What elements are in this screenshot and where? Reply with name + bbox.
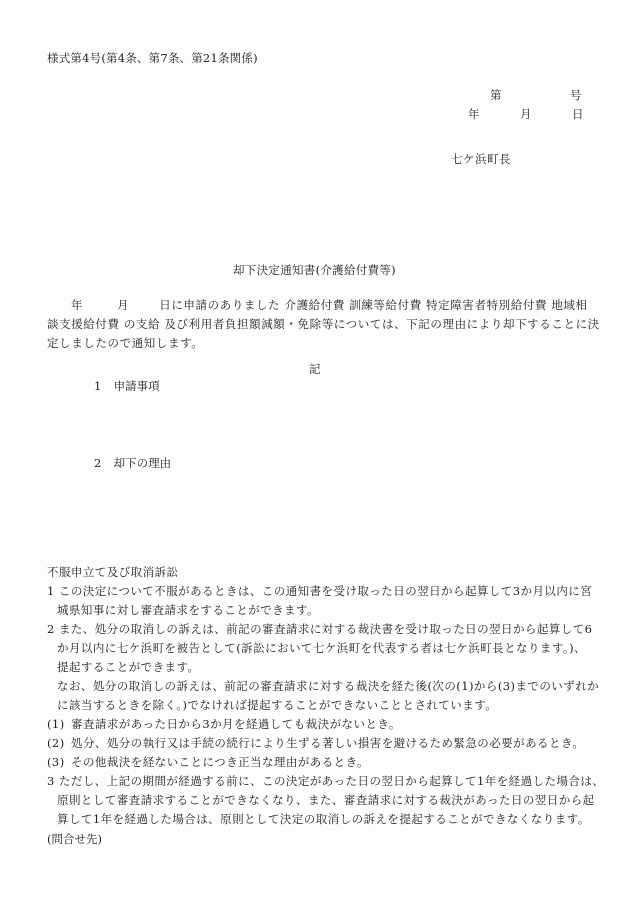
appeal-sub-item: (3)その他裁決を経ないことにつき正当な理由があるとき。 bbox=[47, 753, 607, 772]
appeal-notice: 不服申立て及び取消訴訟 1 この決定について不服があるときは、この通知書を受け取… bbox=[47, 563, 607, 829]
section-application-items: 1 申請事項 bbox=[94, 378, 160, 394]
appeal-line: 城県知事に対し審査請求をすることができます。 bbox=[47, 601, 607, 620]
appeal-line: に該当するときを除く。)でなければ提起することができないこととされています。 bbox=[47, 696, 607, 715]
appeal-line: 1 この決定について不服があるときは、この通知書を受け取った日の翌日から起算して… bbox=[47, 582, 607, 601]
body-month: 月 bbox=[117, 298, 129, 312]
appeal-sub-item: (1)審査請求があった日から3か月を経過しても裁決がないとき。 bbox=[47, 715, 607, 734]
appeal-line: 提起することができます。 bbox=[47, 658, 607, 677]
section-number: 1 bbox=[94, 379, 110, 393]
document-title: 却下決定通知書(介護給付費等) bbox=[233, 262, 396, 278]
section-label: 却下の理由 bbox=[114, 456, 172, 470]
body-year: 年 bbox=[71, 298, 83, 312]
sub-item-text: その他裁決を経ないことにつき正当な理由があるとき。 bbox=[71, 755, 369, 769]
body-line-1: 年月日に申請のありました 介護給付費 訓練等給付費 特定障害者特別給付費 地域相 bbox=[47, 296, 587, 315]
form-number: 様式第4号(第4条、第7条、第21条関係) bbox=[47, 50, 258, 66]
appeal-line: なお、処分の取消しの訴えは、前記の審査請求に対する裁決を経た後(次の(1)から(… bbox=[47, 677, 607, 696]
issuer: 七ケ浜町長 bbox=[451, 151, 511, 167]
section-label: 申請事項 bbox=[114, 379, 160, 393]
date-year: 年 bbox=[468, 106, 480, 122]
reference-dai: 第 bbox=[490, 87, 502, 103]
sub-item-marker: (3) bbox=[47, 753, 71, 772]
appeal-heading: 不服申立て及び取消訴訟 bbox=[47, 563, 607, 582]
sub-item-text: 処分、処分の執行又は手続の続行により生ずる著しい損害を避けるため緊急の必要がある… bbox=[71, 736, 584, 750]
date-day: 日 bbox=[572, 106, 584, 122]
ki-heading: 記 bbox=[309, 361, 321, 377]
sub-item-marker: (2) bbox=[47, 734, 71, 753]
appeal-line: 算して1年を経過した場合は、原則として決定の取消しの訴えを提起することができなく… bbox=[47, 810, 607, 829]
appeal-line: 3 ただし、上記の期間が経過する前に、この決定があった日の翌日から起算して1年を… bbox=[47, 772, 607, 791]
sub-item-text: 審査請求があった日から3か月を経過しても裁決がないとき。 bbox=[71, 717, 401, 731]
body-line-2: 談支援給付費 の支給 及び利用者負担額減額・免除等については、下記の理由により却… bbox=[47, 315, 587, 334]
body-line-1-text: 日に申請のありました 介護給付費 訓練等給付費 特定障害者特別給付費 地域相 bbox=[159, 298, 587, 312]
appeal-line: 原則として審査請求することができなくなり、また、審査請求に対する裁決があった日の… bbox=[47, 791, 607, 810]
section-rejection-reason: 2 却下の理由 bbox=[94, 455, 171, 471]
sub-item-marker: (1) bbox=[47, 715, 71, 734]
appeal-sub-item: (2)処分、処分の執行又は手続の続行により生ずる著しい損害を避けるため緊急の必要… bbox=[47, 734, 607, 753]
reference-go: 号 bbox=[570, 87, 582, 103]
notice-body: 年月日に申請のありました 介護給付費 訓練等給付費 特定障害者特別給付費 地域相… bbox=[47, 296, 587, 353]
inquiry-label: (問合せ先) bbox=[47, 831, 102, 847]
date-month: 月 bbox=[520, 106, 532, 122]
body-line-3: 定しましたので通知します。 bbox=[47, 334, 587, 353]
appeal-line: 2 また、処分の取消しの訴えは、前記の審査請求に対する裁決書を受け取った日の翌日… bbox=[47, 620, 607, 639]
appeal-line: か月以内に七ケ浜町を被告として(訴訟において七ケ浜町を代表する者は七ケ浜町長とな… bbox=[47, 639, 607, 658]
section-number: 2 bbox=[94, 456, 110, 470]
